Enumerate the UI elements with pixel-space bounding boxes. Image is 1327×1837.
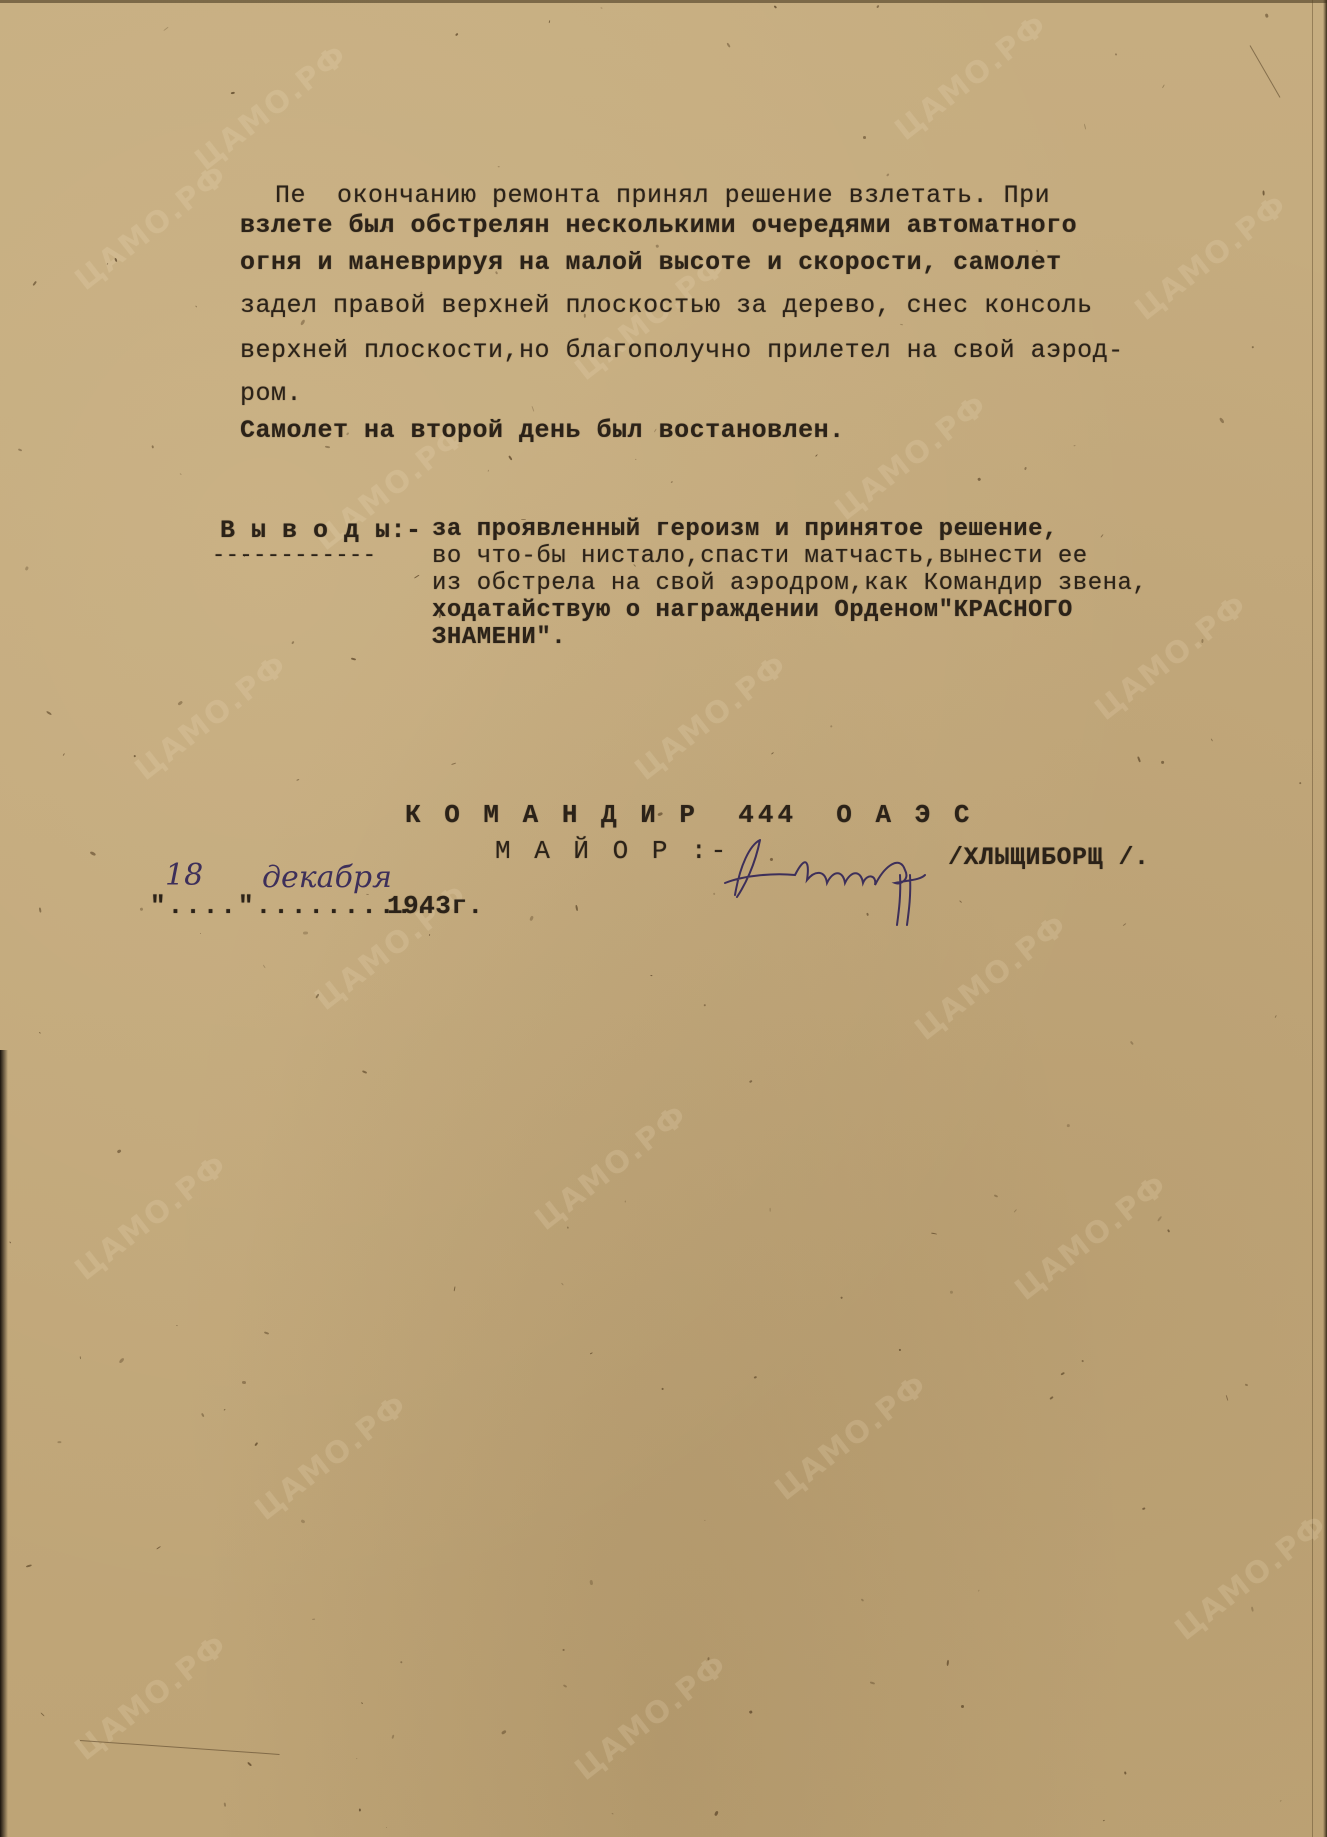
- paper-speck: [1050, 1396, 1054, 1400]
- paper-speck: [224, 1409, 226, 1411]
- paper-speck: [876, 5, 879, 8]
- paper-speck: [157, 1545, 162, 1549]
- paper-speck: [414, 574, 419, 578]
- watermark-stamp: ЦАМО.РФ: [1009, 1167, 1175, 1308]
- paper-speck: [532, 406, 535, 412]
- paper-speck: [17, 448, 22, 452]
- paper-speck: [1262, 190, 1264, 195]
- paper-speck: [900, 323, 903, 325]
- paper-speck: [661, 1388, 663, 1390]
- paper-speck: [1102, 1820, 1104, 1822]
- paper-speck: [840, 1296, 842, 1298]
- paper-speck: [351, 657, 356, 660]
- paper-speck: [1211, 738, 1214, 741]
- paper-speck: [590, 1580, 594, 1585]
- commander-name: /ХЛЫЩИБОРЩ /.: [948, 845, 1150, 870]
- conclusion-line-1: за проявленный героизм и принятое решени…: [432, 518, 1058, 542]
- paragraph-1-line-2: взлете был обстрелян несколькими очередя…: [240, 213, 1077, 238]
- paper-speck: [1167, 1229, 1170, 1233]
- paper-speck: [1162, 85, 1165, 89]
- paper-speck: [509, 455, 513, 460]
- paper-speck: [63, 753, 66, 756]
- paper-speck: [561, 1283, 564, 1286]
- paper-speck: [498, 166, 500, 168]
- paper-speck: [57, 1441, 61, 1443]
- conclusion-line-2: во что-бы нистало,спасти матчасть,вынест…: [432, 545, 1088, 569]
- paper-speck: [861, 1599, 864, 1602]
- paper-speck: [119, 1357, 125, 1363]
- paper-speck: [264, 1332, 269, 1336]
- watermark-stamp: ЦАМО.РФ: [769, 1367, 935, 1508]
- paper-speck: [950, 1291, 953, 1294]
- paper-speck: [152, 446, 155, 450]
- paper-speck: [300, 319, 305, 325]
- paper-speck: [870, 1681, 875, 1684]
- paper-speck: [754, 1375, 757, 1378]
- paper-speck: [708, 1657, 710, 1660]
- paragraph-1-line-1: Пе окончанию ремонта принял решение взле…: [275, 183, 1050, 208]
- paper-speck: [429, 934, 431, 936]
- paper-speck: [254, 1442, 258, 1447]
- paper-speck: [562, 1684, 567, 1688]
- paper-speck: [46, 710, 52, 715]
- watermark-stamp: ЦАМО.РФ: [1089, 587, 1255, 728]
- paper-speck: [487, 469, 489, 472]
- watermark-stamp: ЦАМО.РФ: [189, 37, 355, 178]
- paper-speck: [1074, 445, 1076, 446]
- paper-speck: [107, 263, 109, 265]
- paper-speck: [961, 1705, 965, 1708]
- paper-speck: [201, 1413, 204, 1417]
- paper-speck: [635, 458, 637, 460]
- paper-speck: [392, 1735, 395, 1739]
- paper-speck: [1114, 53, 1117, 55]
- paper-speck: [1275, 1014, 1277, 1017]
- paragraph-1-line-5: верхней плоскости,но благополучно прилет…: [240, 338, 1124, 363]
- paragraph-1-line-3: огня и маневрируя на малой высоте и скор…: [240, 250, 1062, 275]
- paper-speck: [886, 174, 890, 178]
- watermark-stamp: ЦАМО.РФ: [69, 1627, 235, 1768]
- paper-scratch: [80, 1740, 280, 1755]
- watermark-stamp: ЦАМО.РФ: [1169, 1507, 1327, 1648]
- paragraph-1-line-4: задел правой верхней плоскостью за дерев…: [240, 293, 1093, 318]
- handwritten-signature: [715, 825, 945, 930]
- paper-speck: [749, 1711, 753, 1715]
- paper-speck: [9, 1241, 12, 1244]
- paper-speck: [1252, 346, 1254, 348]
- paper-right-edge: [1323, 0, 1327, 1837]
- paper-speck: [316, 993, 320, 998]
- paper-speck: [359, 1808, 362, 1812]
- paper-speck: [1157, 1216, 1162, 1222]
- paper-speck: [1219, 417, 1225, 423]
- paper-speck: [26, 1564, 32, 1568]
- conclusion-underline: ------------: [212, 545, 376, 567]
- paragraph-1-line-6: ром.: [240, 381, 302, 406]
- paper-speck: [625, 1200, 626, 1202]
- paper-speck: [1067, 1124, 1070, 1127]
- paper-speck: [771, 752, 774, 755]
- paper-speck: [242, 1381, 247, 1384]
- paper-scratch: [1250, 45, 1281, 97]
- paper-speck: [38, 1031, 40, 1033]
- paper-speck: [224, 1802, 226, 1807]
- paper-speck: [1082, 1360, 1084, 1362]
- paper-speck: [1061, 1372, 1065, 1375]
- paragraph-2: Самолет на второй день был востановлен.: [240, 418, 845, 443]
- paper-speck: [356, 1758, 358, 1759]
- document-page: ЦАМО.РФЦАМО.РФЦАМО.РФЦАМО.РФЦАМО.РФЦАМО.…: [0, 0, 1327, 1837]
- paper-speck: [454, 1286, 456, 1291]
- paper-speck: [931, 1233, 937, 1235]
- watermark-stamp: ЦАМО.РФ: [529, 1097, 695, 1238]
- paper-speck: [947, 1660, 949, 1666]
- paper-speck: [600, 7, 602, 9]
- paper-speck: [25, 566, 29, 571]
- paper-speck: [133, 755, 135, 757]
- watermark-stamp: ЦАМО.РФ: [69, 157, 235, 298]
- paper-speck: [549, 20, 551, 23]
- watermark-stamp: ЦАМО.РФ: [1129, 187, 1295, 328]
- paper-speck: [750, 1080, 753, 1083]
- conclusion-line-4: ходатайствую о награждении Орденом"КРАСН…: [432, 599, 1073, 623]
- paper-speck: [978, 1589, 980, 1591]
- paper-speck: [576, 905, 579, 911]
- paper-speck: [500, 1730, 506, 1736]
- paper-speck: [200, 933, 201, 934]
- paper-speck: [994, 1194, 998, 1197]
- watermark-stamp: ЦАМО.РФ: [829, 387, 995, 528]
- paper-speck: [296, 778, 300, 781]
- paper-speck: [325, 446, 331, 449]
- paper-speck: [815, 454, 818, 457]
- paper-speck: [898, 1349, 901, 1352]
- paper-speck: [301, 1519, 306, 1524]
- watermark-stamp: ЦАМО.РФ: [889, 7, 1055, 148]
- watermark-stamp: ЦАМО.РФ: [629, 647, 795, 788]
- paper-speck: [1225, 1394, 1228, 1400]
- paper-speck: [1013, 1208, 1017, 1212]
- paper-speck: [247, 1762, 252, 1767]
- paper-speck: [863, 136, 866, 139]
- paper-speck: [1130, 1041, 1134, 1045]
- paper-speck: [1161, 761, 1164, 764]
- conclusion-label: В ы в о д ы:-: [220, 518, 422, 543]
- paper-speck: [529, 916, 534, 922]
- paper-left-edge-shadow: [0, 1050, 8, 1837]
- paper-speck: [292, 641, 295, 644]
- conclusion-line-3: из обстрела на свой аэродром,как Команди…: [432, 572, 1147, 596]
- rank-label: М А Й О Р :-: [495, 838, 730, 864]
- paper-speck: [1100, 534, 1103, 538]
- paper-fold-line: [1312, 0, 1313, 1837]
- watermark-stamp: ЦАМО.РФ: [569, 1647, 735, 1788]
- paper-speck: [80, 1356, 81, 1359]
- conclusion-line-5: ЗНАМЕНИ".: [432, 626, 566, 650]
- paper-speck: [312, 1619, 315, 1621]
- paper-speck: [451, 763, 456, 766]
- paper-speck: [650, 975, 652, 976]
- paper-speck: [774, 6, 777, 9]
- paper-speck: [360, 1702, 363, 1704]
- paper-speck: [1142, 1507, 1145, 1509]
- date-year: 1943г.: [387, 893, 484, 919]
- paper-speck: [39, 908, 41, 913]
- paper-speck: [362, 1070, 367, 1074]
- paper-speck: [1245, 1383, 1249, 1385]
- paper-speck: [89, 851, 95, 856]
- paper-speck: [830, 725, 833, 728]
- paper-speck: [163, 26, 168, 31]
- paper-speck: [769, 1208, 771, 1212]
- paper-speck: [117, 1149, 122, 1154]
- paper-speck: [563, 1649, 565, 1651]
- date-month-handwritten: декабря: [262, 860, 392, 895]
- paper-speck: [703, 1003, 705, 1006]
- paper-speck: [978, 477, 982, 481]
- paper-speck: [400, 1661, 403, 1664]
- paper-speck: [1122, 923, 1126, 927]
- paper-speck: [40, 1712, 44, 1716]
- paper-speck: [455, 33, 458, 36]
- paper-speck: [959, 900, 962, 903]
- paper-speck: [671, 480, 673, 482]
- watermark-stamp: ЦАМО.РФ: [129, 647, 295, 788]
- paper-speck: [1251, 1607, 1254, 1612]
- paper-speck: [175, 1325, 177, 1327]
- paper-speck: [194, 306, 196, 309]
- paper-speck: [32, 281, 37, 286]
- paper-speck: [231, 91, 235, 94]
- paper-speck: [1137, 756, 1141, 762]
- paper-speck: [1124, 1772, 1127, 1775]
- paper-speck: [1299, 781, 1302, 783]
- paper-speck: [115, 258, 118, 262]
- paper-speck: [140, 908, 143, 912]
- paper-speck: [179, 473, 181, 475]
- paper-speck: [1024, 466, 1027, 470]
- watermark-stamp: ЦАМО.РФ: [249, 1387, 415, 1528]
- paper-speck: [386, 1827, 387, 1828]
- paper-top-edge: [0, 0, 1327, 3]
- paper-speck: [611, 1812, 613, 1814]
- paper-speck: [1279, 1800, 1282, 1803]
- paper-speck: [714, 1810, 719, 1816]
- paper-speck: [178, 700, 183, 705]
- paper-speck: [703, 1520, 705, 1522]
- paper-speck: [1084, 123, 1087, 129]
- paper-speck: [591, 1352, 594, 1354]
- paper-speck: [1201, 639, 1204, 644]
- watermark-stamp: ЦАМО.РФ: [69, 1147, 235, 1288]
- paper-speck: [303, 932, 308, 935]
- paper-speck: [727, 43, 731, 48]
- paper-speck: [1265, 14, 1269, 18]
- date-day-handwritten: 18: [165, 858, 203, 893]
- paper-speck: [566, 1227, 568, 1229]
- paper-speck: [263, 964, 267, 968]
